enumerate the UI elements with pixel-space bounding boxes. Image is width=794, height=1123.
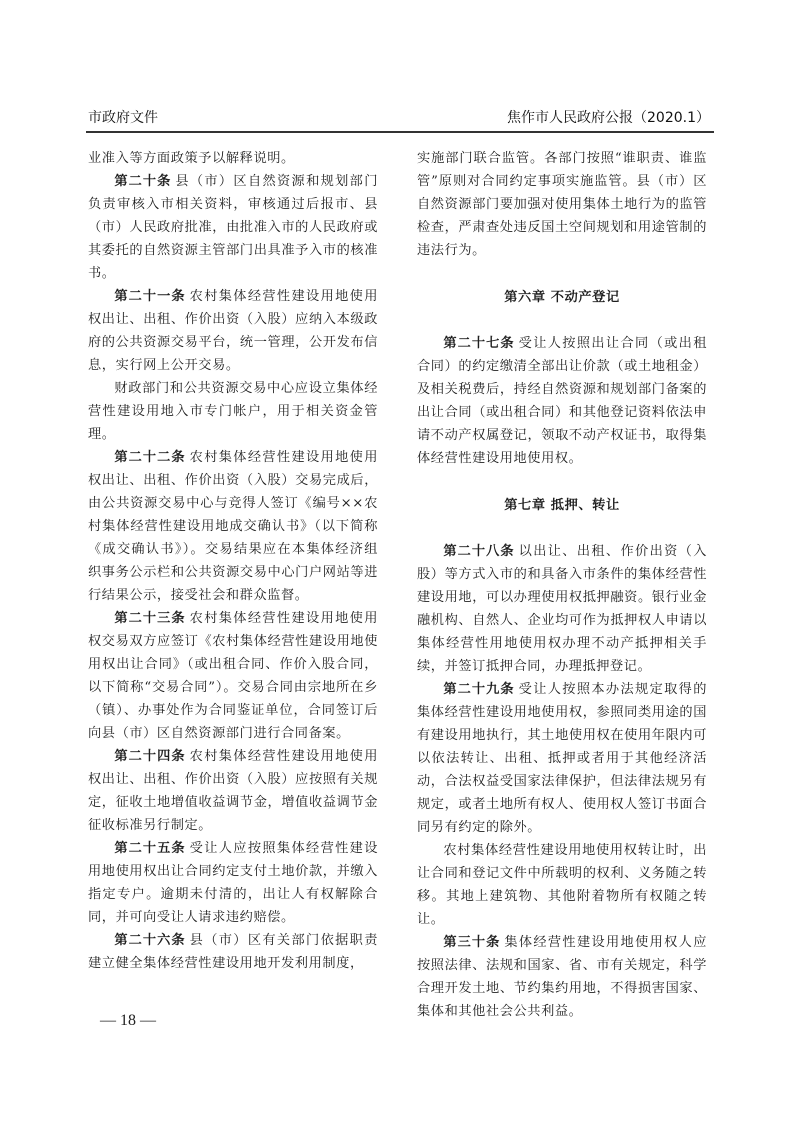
right-column: 实施部门联合监管。各部门按照“谁职责、谁监管”原则对合同约定事项实施监管。县（市…	[417, 147, 707, 1023]
page-number: — 18 —	[100, 1012, 156, 1030]
article-paragraph: 第二十三条农村集体经营性建设用地使用权交易双方应签订《农村集体经营性建设用地使用…	[88, 607, 378, 745]
paragraph: 农村集体经营性建设用地使用权转让时，出让合同和登记文件中所载明的权利、义务随之转…	[417, 839, 707, 931]
article-number: 第二十九条	[443, 682, 514, 697]
paragraph-text: 农村集体经营性建设用地使用权交易双方应签订《农村集体经营性建设用地使用权出让合同…	[88, 611, 378, 741]
chapter-heading: 第七章 抵押、转让	[417, 470, 707, 540]
paragraph-text: 县（市）区自然资源和规划部门负责审核入市相关资料，审核通过后报市、县（市）人民政…	[88, 174, 378, 281]
paragraph-text: 受让人按照本办法规定取得的集体经营性建设用地使用权，参照同类用途的国有建设用地执…	[417, 682, 707, 835]
article-paragraph: 第二十一条农村集体经营性建设用地使用权出让、出租、作价出资（入股）应纳入本级政府…	[88, 285, 378, 377]
article-paragraph: 第二十八条以出让、出租、作价出资（入股）等方式入市的和具备入市条件的集体经营性建…	[417, 540, 707, 678]
article-paragraph: 第三十条集体经营性建设用地使用权人应按照法律、法规和国家、省、市有关规定，科学合…	[417, 931, 707, 1023]
article-number: 第二十六条	[114, 933, 185, 948]
article-paragraph: 第二十二条农村集体经营性建设用地使用权出让、出租、作价出资（入股）交易完成后，由…	[88, 446, 378, 607]
paragraph: 财政部门和公共资源交易中心应设立集体经营性建设用地入市专门帐户，用于相关资金管理…	[88, 377, 378, 446]
paragraph-text: 农村集体经营性建设用地使用权转让时，出让合同和登记文件中所载明的权利、义务随之转…	[417, 843, 707, 927]
running-header: 市政府文件 焦作市人民政府公报（2020.1）	[86, 108, 714, 132]
paragraph: 业准入等方面政策予以解释说明。	[88, 147, 378, 170]
article-number: 第二十条	[114, 174, 171, 189]
article-paragraph: 第二十五条受让人应按照集体经营性建设用地使用权出让合同约定支付土地价款，并缴入指…	[88, 837, 378, 929]
paragraph-text: 业准入等方面政策予以解释说明。	[88, 151, 295, 166]
paragraph-text: 实施部门联合监管。各部门按照“谁职责、谁监管”原则对合同约定事项实施监管。县（市…	[417, 151, 707, 258]
article-number: 第二十五条	[114, 841, 185, 856]
paragraph-text: 农村集体经营性建设用地使用权出让、出租、作价出资（入股）交易完成后，由公共资源交…	[88, 450, 378, 603]
paragraph-text: 以出让、出租、作价出资（入股）等方式入市的和具备入市条件的集体经营性建设用地，可…	[417, 544, 707, 674]
article-paragraph: 第二十九条受让人按照本办法规定取得的集体经营性建设用地使用权，参照同类用途的国有…	[417, 678, 707, 839]
left-column: 业准入等方面政策予以解释说明。第二十条县（市）区自然资源和规划部门负责审核入市相…	[88, 147, 378, 975]
article-paragraph: 第二十七条受让人按照出让合同（或出租合同）的约定缴清全部出让价款（或土地租金）及…	[417, 332, 707, 470]
chapter-heading: 第六章 不动产登记	[417, 262, 707, 332]
article-paragraph: 第二十四条农村集体经营性建设用地使用权出让、出租、作价出资（入股）应按照有关规定…	[88, 745, 378, 837]
article-number: 第二十七条	[443, 336, 514, 351]
article-number: 第二十四条	[114, 749, 185, 764]
paragraph: 实施部门联合监管。各部门按照“谁职责、谁监管”原则对合同约定事项实施监管。县（市…	[417, 147, 707, 262]
article-number: 第二十三条	[114, 611, 185, 626]
article-paragraph: 第二十六条县（市）区有关部门依据职责建立健全集体经营性建设用地开发利用制度，	[88, 929, 378, 975]
paragraph-text: 财政部门和公共资源交易中心应设立集体经营性建设用地入市专门帐户，用于相关资金管理…	[88, 381, 378, 442]
article-number: 第二十八条	[443, 544, 514, 559]
header-divider	[86, 131, 714, 133]
header-publication-title: 焦作市人民政府公报（2020.1）	[507, 108, 710, 128]
paragraph-text: 受让人按照出让合同（或出租合同）的约定缴清全部出让价款（或土地租金）及相关税费后…	[417, 336, 707, 466]
article-number: 第二十一条	[114, 289, 185, 304]
article-number: 第二十二条	[114, 450, 185, 465]
header-section-title: 市政府文件	[88, 108, 158, 128]
article-paragraph: 第二十条县（市）区自然资源和规划部门负责审核入市相关资料，审核通过后报市、县（市…	[88, 170, 378, 285]
article-number: 第三十条	[443, 935, 500, 950]
